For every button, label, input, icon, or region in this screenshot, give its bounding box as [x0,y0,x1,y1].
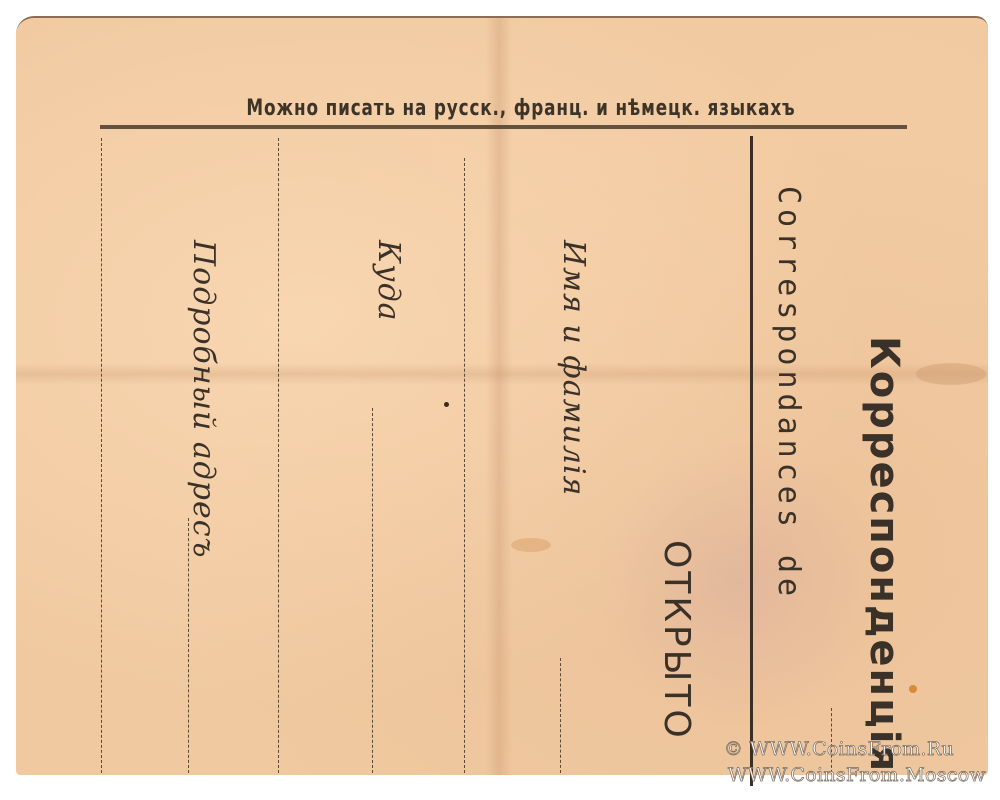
ink-dot [444,402,449,407]
dashed-column-line [464,158,465,773]
field-label-where: Куда [371,240,406,322]
watermark-line-1: © WWW.CoinsFrom.Ru [724,738,954,760]
paper-stain [511,538,551,552]
dashed-column-line [372,408,373,773]
language-note: Можно писать на русск., франц. и нѣмецк.… [198,96,844,121]
header-rule [100,125,907,129]
postcard-title: ОТКРЫТО [656,540,697,741]
postcard: Можно писать на русск., франц. и нѣмецк.… [16,16,988,775]
correspondence-title-russian: Корреспонденція [861,336,907,773]
field-label-detailed-address: Подробный адресъ [186,240,221,559]
faded-purple-postmark [591,418,891,748]
divider-rule [750,136,753,786]
paper-stain [909,685,917,693]
paper-stain [916,363,986,385]
dashed-column-line [101,138,102,773]
dashed-column-line [560,658,561,773]
vertical-fold-crease [486,18,512,775]
watermark-line-2: WWW.CoinsFrom.Moscow [728,764,986,786]
field-label-name: Имя и фамилія [556,240,591,496]
correspondence-title-french: Correspondances de [771,186,806,601]
dashed-column-line [278,138,279,773]
horizontal-fold-crease [16,363,988,385]
